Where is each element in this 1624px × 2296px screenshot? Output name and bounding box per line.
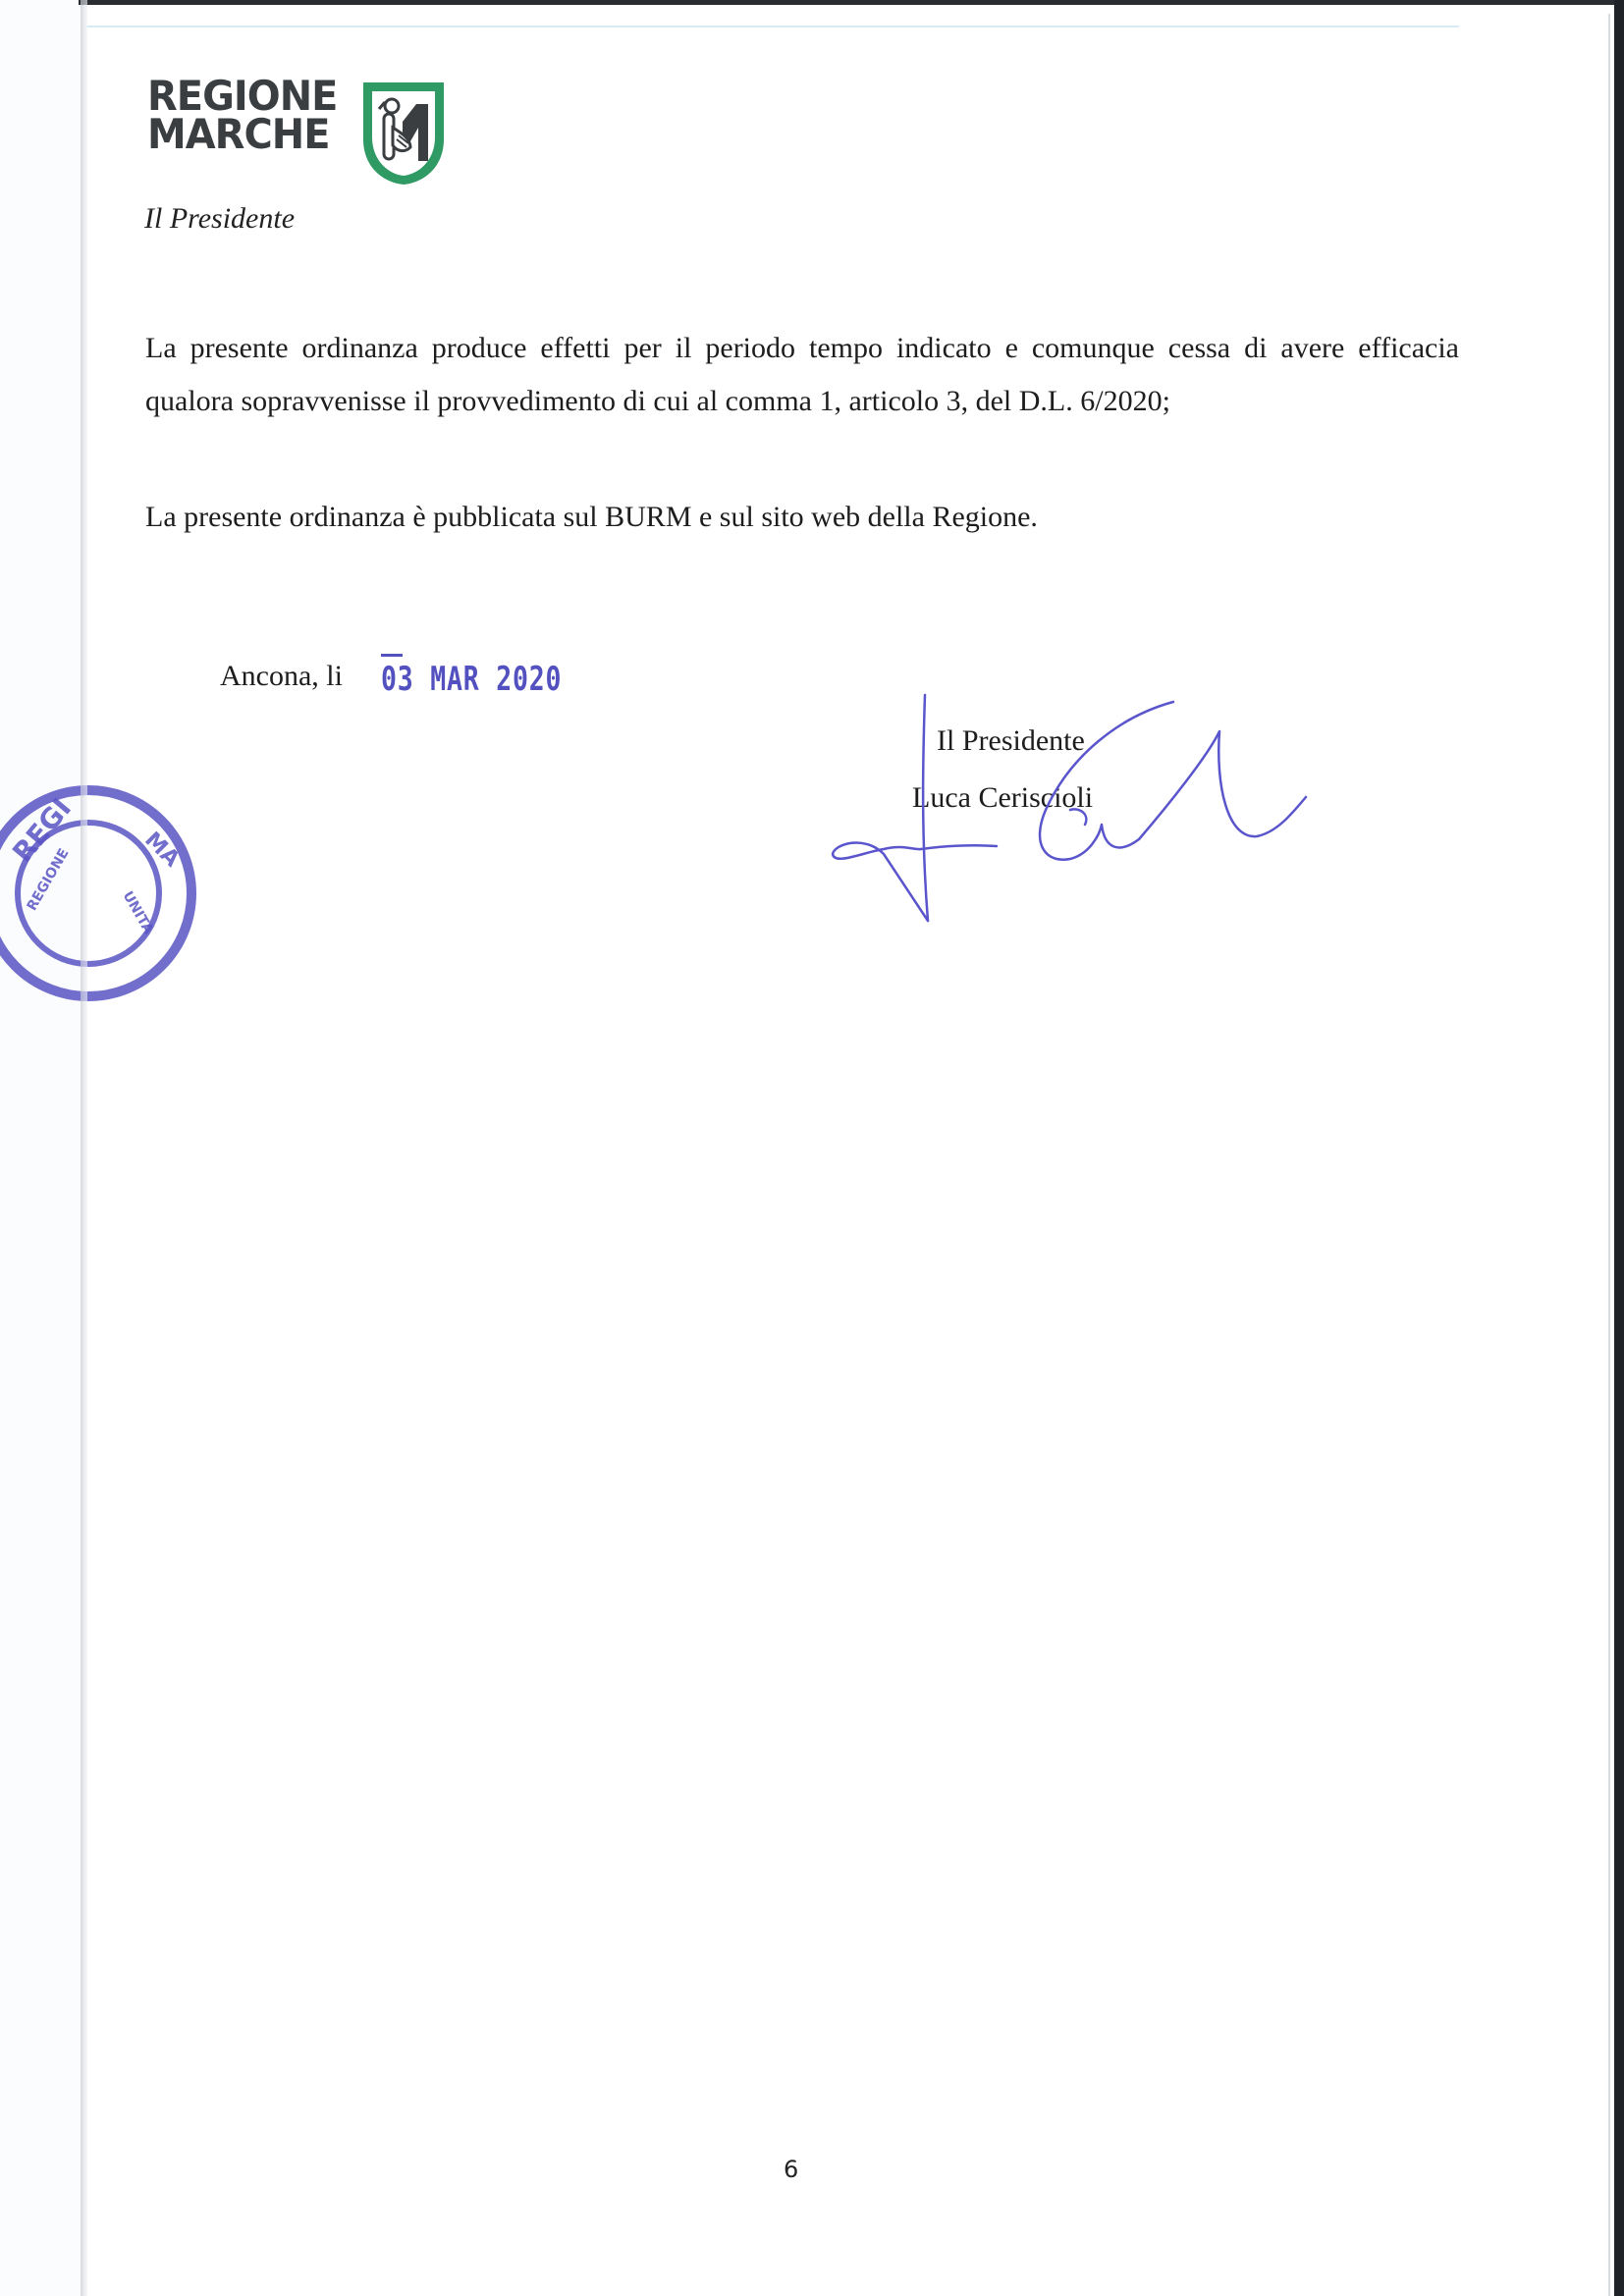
date-stamp-mark (381, 654, 403, 657)
logo-wordmark: REGIONE MARCHE (147, 77, 338, 153)
office-title: Il Presidente (144, 202, 295, 236)
svg-text:UNITA: UNITA (120, 888, 157, 936)
date-stamp: 03 MAR 2020 (381, 660, 562, 699)
scan-top-line (84, 26, 1459, 27)
logo-line-2: MARCHE (147, 115, 338, 153)
scan-right-edge (1614, 0, 1624, 2296)
scan-page-fold-overlay (81, 0, 87, 2296)
paragraph-publication: La presente ordinanza è pubblicata sul B… (145, 491, 1459, 544)
signatory-title: Il Presidente (937, 724, 1085, 758)
official-seal-stamp: REGI MA REGIONE UNITA (0, 775, 206, 1011)
place-label: Ancona, li (220, 660, 343, 693)
scan-top-edge (79, 0, 1624, 5)
page-number: 6 (784, 2156, 798, 2183)
signatory-name: Luca Ceriscioli (912, 781, 1093, 815)
regione-marche-shield-icon (359, 79, 448, 188)
regione-marche-logo: REGIONE MARCHE (147, 77, 448, 188)
scan-left-margin (0, 0, 82, 2296)
paragraph-effect-period: La presente ordinanza produce effetti pe… (145, 322, 1459, 428)
scan-right-line (1608, 14, 1610, 2296)
